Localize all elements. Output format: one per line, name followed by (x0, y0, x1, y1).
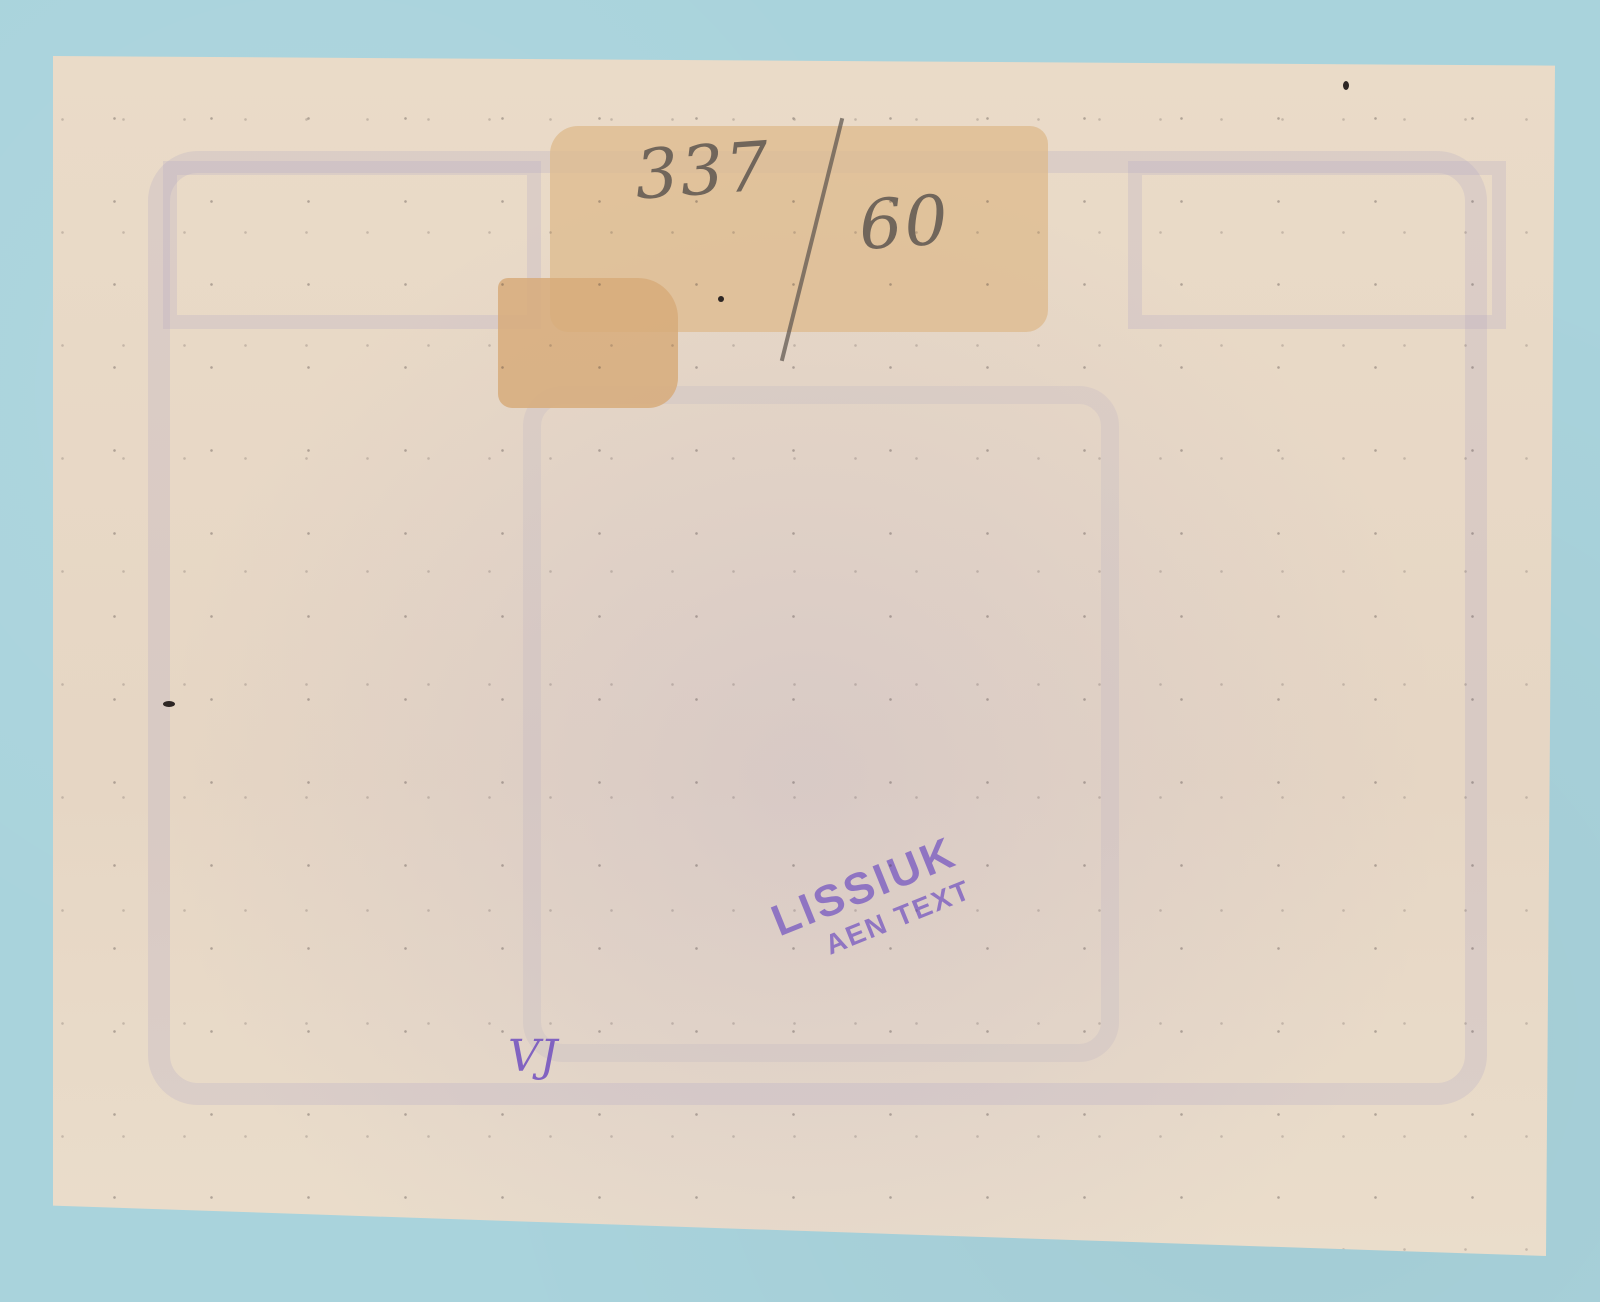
paper-speck (1343, 81, 1349, 90)
value-tablet-left (163, 161, 541, 329)
pencil-note-slash (780, 118, 844, 362)
central-vignette-show-through (523, 386, 1119, 1062)
hinge-remnant-fragment (498, 278, 678, 408)
paper-speck (718, 296, 724, 302)
design-show-through-frame (148, 151, 1487, 1105)
pencil-note-denominator: 60 (856, 181, 952, 266)
handstamp-line-1: LISSIUK (765, 828, 964, 947)
stamp-reverse: 337 60 LISSIUK AEN TEXT VJ (53, 56, 1555, 1256)
expertizer-handstamp: LISSIUK AEN TEXT (765, 828, 976, 977)
pencil-note-numerator: 337 (632, 127, 773, 215)
paper-speck (163, 701, 175, 707)
value-tablet-right (1128, 161, 1506, 329)
expert-initials: VJ (508, 1031, 557, 1082)
handstamp-line-2: AEN TEXT (821, 874, 976, 962)
hinge-remnant (550, 126, 1048, 332)
pencil-catalog-note: 337 60 (632, 127, 773, 215)
